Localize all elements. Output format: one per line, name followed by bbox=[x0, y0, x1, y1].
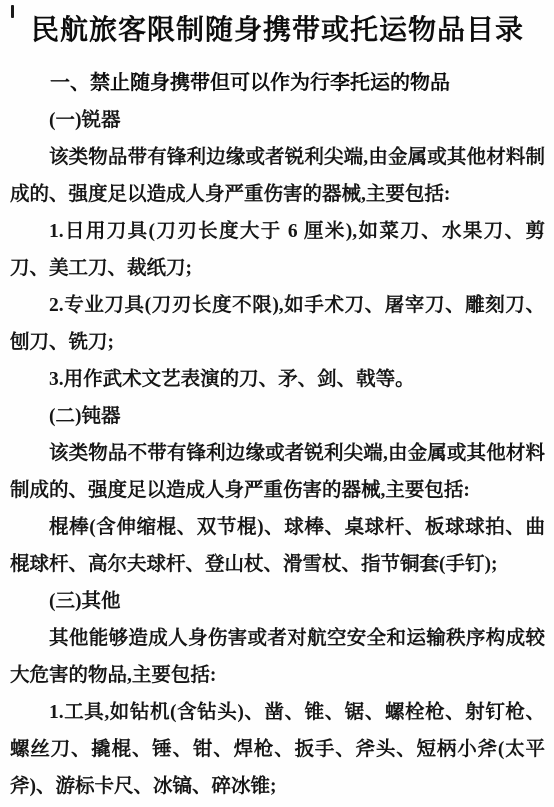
para-tools-list: 1.工具,如钻机(含钻头)、凿、锥、锯、螺栓枪、射钉枪、螺丝刀、撬棍、锤、钳、焊… bbox=[10, 694, 545, 805]
para-blunt-objects-description: 该类物品不带有锋利边缘或者锐利尖端,由金属或其他材料制成的、强度足以造成人身严重… bbox=[10, 435, 545, 509]
scan-artifact-mark bbox=[11, 5, 14, 18]
subsection-heading-sharp-objects: (一)锐器 bbox=[10, 102, 545, 139]
section-heading: 一、禁止随身携带但可以作为行李托运的物品 bbox=[10, 65, 545, 102]
document-title: 民航旅客限制随身携带或托运物品目录 bbox=[10, 12, 545, 48]
para-others-description: 其他能够造成人身伤害或者对航空安全和运输秩序构成较大危害的物品,主要包括: bbox=[10, 620, 545, 694]
para-performance-weapons: 3.用作武术文艺表演的刀、矛、剑、戟等。 bbox=[10, 361, 545, 398]
para-sharp-objects-description: 该类物品带有锋利边缘或者锐利尖端,由金属或其他材料制成的、强度足以造成人身严重伤… bbox=[10, 139, 545, 213]
para-daily-knives: 1.日用刀具(刀刃长度大于 6 厘米),如菜刀、水果刀、剪刀、美工刀、裁纸刀; bbox=[10, 213, 545, 287]
para-professional-knives: 2.专业刀具(刀刃长度不限),如手术刀、屠宰刀、雕刻刀、刨刀、铣刀; bbox=[10, 287, 545, 361]
document-page: 民航旅客限制随身携带或托运物品目录 一、禁止随身携带但可以作为行李托运的物品 (… bbox=[0, 0, 554, 807]
para-clubs-and-sticks: 棍棒(含伸缩棍、双节棍)、球棒、桌球杆、板球球拍、曲棍球杆、高尔夫球杆、登山杖、… bbox=[10, 509, 545, 583]
subsection-heading-blunt-objects: (二)钝器 bbox=[10, 398, 545, 435]
subsection-heading-others: (三)其他 bbox=[10, 583, 545, 620]
